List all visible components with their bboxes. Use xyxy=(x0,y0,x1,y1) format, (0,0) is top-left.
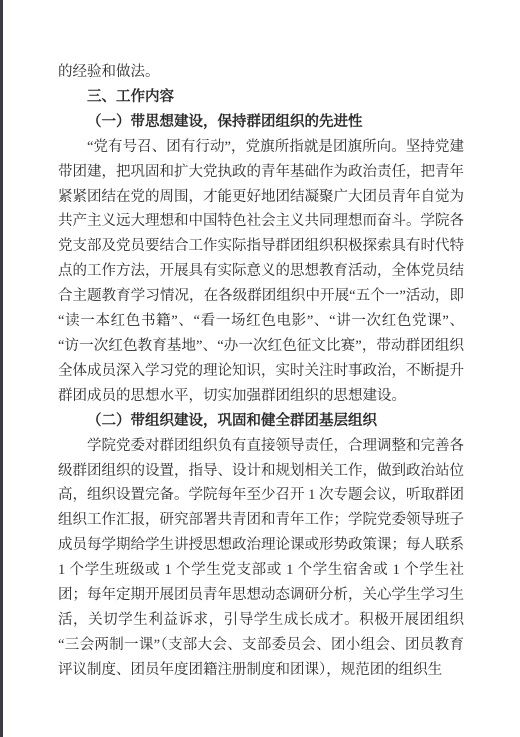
subsection-heading-ideological-building: （一）带思想建设，保持群团组织的先进性 xyxy=(58,110,464,135)
window-left-edge xyxy=(0,0,3,737)
screenshot-root: { "colors": { "background": "#ffffff", "… xyxy=(0,0,520,737)
paragraph-ideological-building: “党有号召、团有行动”，党旗所指就是团旗所向。坚持党建带团建，把巩固和扩大党执政… xyxy=(58,135,464,409)
section-heading-work-content: 三、工作内容 xyxy=(58,85,464,110)
subsection-heading-organizational-building: （二）带组织建设，巩固和健全群团基层组织 xyxy=(58,409,464,434)
document-page: 的经验和做法。 三、工作内容 （一）带思想建设，保持群团组织的先进性 “党有号召… xyxy=(58,60,464,683)
paragraph-previous-continuation: 的经验和做法。 xyxy=(58,60,464,85)
paragraph-organizational-building: 学院党委对群团组织负有直接领导责任，合理调整和完善各级群团组织的设置，指导、设计… xyxy=(58,434,464,683)
